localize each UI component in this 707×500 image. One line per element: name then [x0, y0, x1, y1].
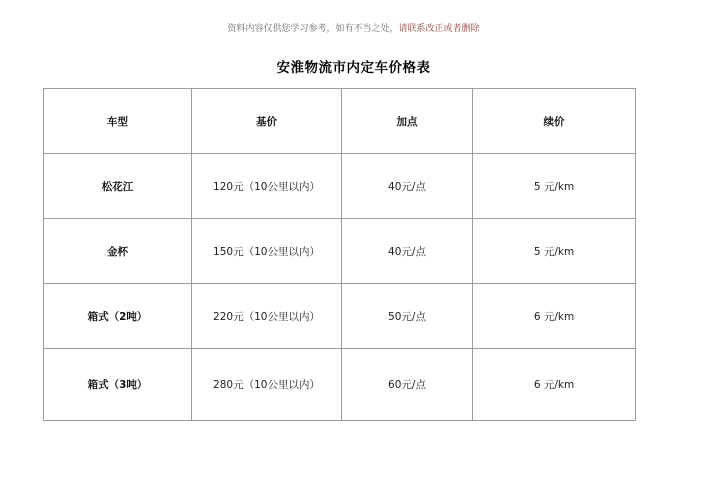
- cell-base-price: 150元（10公里以内）: [192, 219, 342, 284]
- table-row: 松花江 120元（10公里以内） 40元/点 5 元/km: [44, 154, 636, 219]
- disclaimer-text-red: 请联系改正或者删除: [399, 24, 480, 34]
- cell-vehicle: 箱式（2吨）: [44, 284, 192, 349]
- cell-continue-price: 6 元/km: [473, 284, 636, 349]
- price-table: 车型 基价 加点 续价 松花江 120元（10公里以内） 40元/点 5 元/k…: [43, 88, 636, 421]
- header-disclaimer: 资料内容仅供您学习参考，如有不当之处，请联系改正或者删除: [0, 22, 707, 36]
- table-header-row: 车型 基价 加点 续价: [44, 89, 636, 154]
- cell-add-point: 50元/点: [342, 284, 473, 349]
- cell-add-point: 60元/点: [342, 349, 473, 421]
- cell-add-point: 40元/点: [342, 219, 473, 284]
- cell-add-point: 40元/点: [342, 154, 473, 219]
- document-title: 安淮物流市内定车价格表: [0, 58, 707, 78]
- cell-continue-price: 5 元/km: [473, 154, 636, 219]
- column-header-add-point: 加点: [342, 89, 473, 154]
- column-header-vehicle-type: 车型: [44, 89, 192, 154]
- table-row: 箱式（3吨） 280元（10公里以内） 60元/点 6 元/km: [44, 349, 636, 421]
- cell-continue-price: 5 元/km: [473, 219, 636, 284]
- cell-base-price: 220元（10公里以内）: [192, 284, 342, 349]
- cell-vehicle: 箱式（3吨）: [44, 349, 192, 421]
- cell-base-price: 120元（10公里以内）: [192, 154, 342, 219]
- cell-base-price: 280元（10公里以内）: [192, 349, 342, 421]
- document-page: 资料内容仅供您学习参考，如有不当之处，请联系改正或者删除 安淮物流市内定车价格表…: [0, 0, 707, 500]
- disclaimer-text-gray: 资料内容仅供您学习参考，如有不当之处，: [227, 24, 398, 34]
- cell-vehicle: 金杯: [44, 219, 192, 284]
- cell-continue-price: 6 元/km: [473, 349, 636, 421]
- table-row: 金杯 150元（10公里以内） 40元/点 5 元/km: [44, 219, 636, 284]
- column-header-base-price: 基价: [192, 89, 342, 154]
- column-header-continue-price: 续价: [473, 89, 636, 154]
- cell-vehicle: 松花江: [44, 154, 192, 219]
- table-row: 箱式（2吨） 220元（10公里以内） 50元/点 6 元/km: [44, 284, 636, 349]
